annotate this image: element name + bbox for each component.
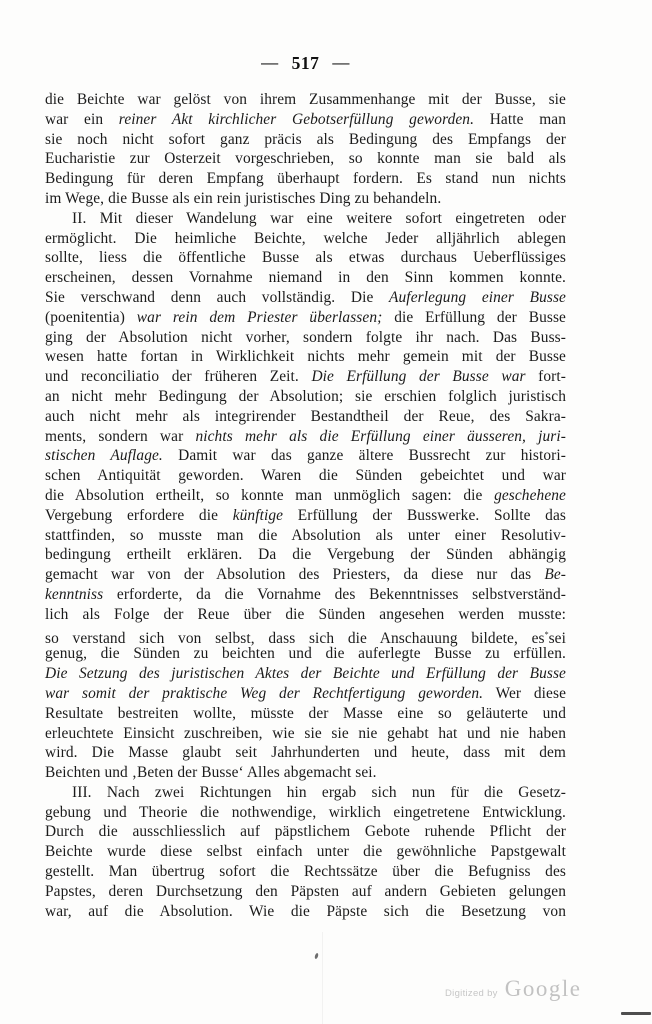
text-line: (poenitentia) war rein dem Priester über… <box>45 308 566 328</box>
text-line: die Beichte war gelöst von ihrem Zusamme… <box>45 90 566 110</box>
text-line: war ein reiner Akt kirchlicher Gebotserf… <box>45 110 566 130</box>
text-line: Papstes, deren Durchsetzung den Päpsten … <box>45 882 566 902</box>
corner-mark <box>621 1012 651 1015</box>
text-line: bedingung ertheilt erklären. Da die Verg… <box>45 545 566 565</box>
text-line: im Wege, die Busse als ein rein juristis… <box>45 189 566 209</box>
ink-speck <box>314 953 319 960</box>
text-line: und reconciliatio der früheren Zeit. Die… <box>45 367 566 387</box>
text-line: II. Mit dieser Wandelung war eine weiter… <box>45 209 566 229</box>
text-line: kenntniss erforderte, da die Vornahme de… <box>45 585 566 605</box>
text-line: wird. Die Masse glaubt seit Jahrhunderte… <box>45 743 566 763</box>
text-line: Resultate bestreiten wollte, müsste der … <box>45 704 566 724</box>
text-line: III. Nach zwei Richtungen hin ergab sich… <box>45 783 566 803</box>
text-line: Die Setzung des juristischen Aktes der B… <box>45 664 566 684</box>
page-text: die Beichte war gelöst von ihrem Zusamme… <box>45 90 566 921</box>
text-line: ermöglicht. Die heimliche Beichte, welch… <box>45 229 566 249</box>
text-line: erleuchtete Einsicht zuschreiben, wie si… <box>45 724 566 744</box>
text-line: Vergebung erfordere die künftige Erfüllu… <box>45 506 566 526</box>
text-line: auch nicht mehr als integrirender Bestan… <box>45 407 566 427</box>
text-line: war, auf die Absolution. Wie die Päpste … <box>45 902 566 922</box>
watermark: Digitized by Google <box>445 976 581 1002</box>
text-line: stattfinden, so musste man die Absolutio… <box>45 526 566 546</box>
text-line: schen Antiquität geworden. Waren die Sün… <box>45 466 566 486</box>
text-line: gebung und Theorie die nothwendige, wirk… <box>45 803 566 823</box>
text-line: erscheinen, dessen Vornahme niemand in d… <box>45 268 566 288</box>
text-line: ging der Absolution nicht vorher, sonder… <box>45 328 566 348</box>
text-line: wesen hatte fortan in Wirklichkeit nicht… <box>45 347 566 367</box>
text-line: Eucharistie zur Osterzeit vorgeschrieben… <box>45 149 566 169</box>
text-line: stischen Auflage. Damit war das ganze äl… <box>45 446 566 466</box>
text-line: lich als Folge der Reue über die Sünden … <box>45 605 566 625</box>
text-line: die Absolution ertheilt, so konnte man u… <box>45 486 566 506</box>
text-line: ments, sondern war nichts mehr als die E… <box>45 427 566 447</box>
text-line: Beichten und ‚Beten der Busse‘ Alles abg… <box>45 763 566 783</box>
text-line: sollte, liess die öffentliche Busse als … <box>45 248 566 268</box>
text-line: Durch die ausschliesslich auf päpstliche… <box>45 822 566 842</box>
text-line: genug, die Sünden zu beichten und die au… <box>45 644 566 664</box>
text-line: so verstand sich von selbst, dass sich d… <box>45 625 566 645</box>
text-line: Beichte wurde diese selbst einfach unter… <box>45 842 566 862</box>
header-dash-right: — <box>332 53 350 73</box>
text-line: gemacht war von der Absolution des Pries… <box>45 565 566 585</box>
google-logo: Google <box>505 976 582 1002</box>
digitized-by-label: Digitized by <box>445 988 498 999</box>
text-line: Bedingung für deren Empfang überhaupt fo… <box>45 169 566 189</box>
header-dash-left: — <box>261 53 279 73</box>
text-line: an nicht mehr Bedingung der Absolution; … <box>45 387 566 407</box>
page-number: 517 <box>292 53 320 73</box>
text-line: sie noch nicht sofort ganz präcis als Be… <box>45 130 566 150</box>
scanned-book-page: —517— die Beichte war gelöst von ihrem Z… <box>0 0 652 1024</box>
text-line: war somit der praktische Weg der Rechtfe… <box>45 684 566 704</box>
text-line: Sie verschwand denn auch vollständig. Di… <box>45 288 566 308</box>
text-line: gestellt. Man übertrug sofort die Rechts… <box>45 862 566 882</box>
gutter-shadow-line <box>322 932 323 1024</box>
page-header: —517— <box>45 53 566 74</box>
